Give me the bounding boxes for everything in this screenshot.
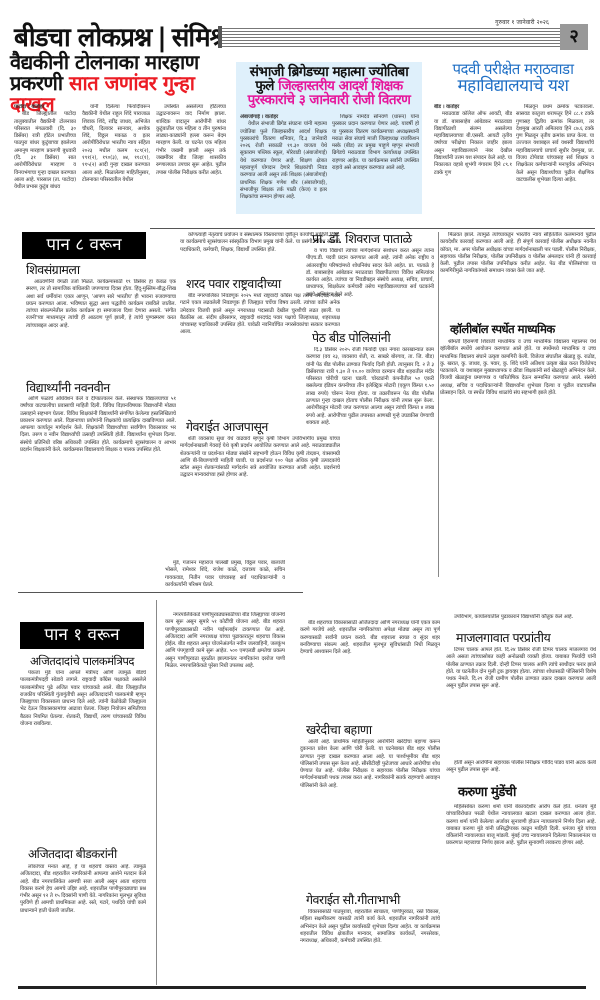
article-text: येथील संभाजी ब्रिगेड संघटना यांनी महात्म… [240, 121, 327, 201]
headline-line: पुरस्कारांचे ३ जानेवारी रोजी वितरण [236, 93, 422, 107]
article-text: श्रीमती हिरामणी शिवाजी माध्यमिक व उच्च म… [440, 339, 596, 397]
masthead-divider: | [157, 23, 166, 53]
page-bottom-rule [18, 986, 586, 989]
beedkarani-body: लोकांच्या मनात आहे, हे या शहराचे वास्तव … [20, 864, 146, 982]
article-text: मिळवून प्रथम क्रमांक पटकावला. सासवड कातु… [516, 104, 594, 184]
patale-headline: प्रा. डॉ. शिवराज पाताळे [312, 232, 412, 245]
article-text: विकासासाठी पाठपुरावा, शहरातील स्वच्छता, … [300, 909, 440, 945]
article-text: टिप्पर चालक आपले होते. दि.२४ डिसेंबर रोज… [446, 647, 596, 691]
page-number: २ [560, 24, 588, 50]
page8-continued-banner: पान ८ वरून [22, 232, 146, 259]
article-text: यांनी दिलेल्या फिर्यादीवरून वैद्यकीनी ये… [82, 104, 150, 184]
shivsangram-headline: शिवसंग्रामला [26, 263, 80, 276]
decorative-rules [218, 26, 588, 48]
kharedi-headline: खरेदीचा बहाणा [306, 723, 372, 736]
patale-body: व पाच विद्यार्थी त्यांच्या मार्गदर्शनात … [306, 248, 434, 328]
toll-body-col1: पाटोदा । वार्ताहर बीड जिल्ह्यातील पाटोदा… [14, 104, 76, 200]
sambhaji-article-box: संभाजी ब्रिगेडच्या महात्मा ज्योतिबा फुले… [236, 62, 422, 214]
karuna-intro: होती असून आरोपींना सहाय्यक पोलीस निरीक्ष… [446, 760, 596, 780]
karuna-headline: करुणा मुंडेंची [458, 786, 516, 800]
divider [150, 228, 595, 229]
palakmantri-body: पंकजा मुंडे यांना आपले मंत्रीपद आणि त्या… [20, 670, 146, 844]
headline-line: वैद्यकीनी टोलनाका मारहाण [10, 52, 235, 73]
article-text: मिळवत झाले. त्यामुळे त्यांच्याकडून भारती… [440, 232, 596, 276]
mid-top-continued: मुंडे, गजानन महाराज पालखी प्रमुख, विठ्ठल… [165, 560, 285, 604]
article-text: व पाच विद्यार्थी त्यांच्या मार्गदर्शनात … [306, 248, 434, 299]
article-text: नगरपालिकेकडे पाणीपुरवठ्यासाठीच्या बीड जि… [165, 612, 285, 670]
article-text: पंकजा मुंडे यांना आपले मंत्रीपद आणि त्या… [20, 670, 146, 728]
kharedi-body: आली आहे. प्राथमिक माहितीनुसार आरोपींनी ख… [300, 739, 440, 887]
students-headline: विद्यार्थ्यांनी नवनवीन [26, 381, 110, 394]
article-text: लोकांच्या मनात आहे, हे या शहराचे वास्तव … [20, 864, 146, 915]
toll-body-col3: उपस्थित असलेल्या हॉटेलच्या उद्घाटनावरून … [156, 104, 226, 200]
sambhaji-headline: संभाजी ब्रिगेडच्या महात्मा ज्योतिबा फुले… [236, 62, 422, 108]
masthead-rule-block: गुरुवार १ जानेवारी २०२६ २ [218, 22, 588, 50]
banner-label: पान १ वरून [44, 625, 119, 645]
article-text: बीड जिल्ह्यातील पाटोदा तालुक्यातील वैद्य… [14, 111, 76, 191]
article-text: मराठवाडा कॉलेज ऑफ आयटी, बीड या डॉ. बाबास… [434, 111, 512, 177]
peth-beed-continued: मिळवत झाले. त्यामुळे त्यांच्याकडून भारती… [440, 232, 596, 320]
beedkarani-headline: अजितदादा बीडकरांनी [28, 848, 117, 861]
degree-body-col1: बीड । वार्ताहर मराठवाडा कॉलेज ऑफ आयटी, ब… [434, 104, 512, 222]
majalgaon-headline: माजलगावात परप्रांतीय [456, 631, 550, 644]
palakmantri-headline: अजितदादांचे पालकमंत्रिपद [30, 655, 134, 667]
degree-headline: पदवी परीक्षेत मराठवाडा महाविद्यालयाचे यश [430, 62, 596, 96]
peth-beed-headline: पेठ बीड पोलिसांनी [312, 331, 390, 344]
gitabhabhi-body: विकासासाठी पाठपुरावा, शहरातील स्वच्छता, … [300, 909, 440, 983]
article-text: आली आहे. प्राथमिक माहितीनुसार आरोपींनी ख… [300, 739, 440, 790]
article-text: मुंडे, गजानन महाराज पालखी प्रमुख, विठ्ठल… [165, 560, 285, 589]
article-text: होती असून आरोपींना सहाय्यक पोलीस निरीक्ष… [446, 760, 596, 775]
volleyball-body: श्रीमती हिरामणी शिवाजी माध्यमिक व उच्च म… [440, 339, 596, 575]
majalgaon-intro: उपविभाग, कार्यालयातील पुढाकाराने विद्यार… [446, 614, 596, 628]
peth-beed-body: दि.३ डिसेंबर २०२५ रोजी फिर्यादी एका नंगा… [306, 347, 434, 617]
page1-continued-banner: पान १ वरून [20, 622, 144, 649]
article-text: आठवणींनी वेगळी उर्जा मिळते. कार्यक्रमासा… [26, 279, 176, 330]
column-rule [156, 600, 157, 985]
article-text: उपविभाग, कार्यालयातील पुढाकाराने विद्यार… [446, 614, 596, 621]
article-text: बीड शहराच्या विकासासाठी अजितदादा आणि नगर… [300, 620, 440, 656]
students-body: आणि फळाचे अधिवेशन केले व दीपप्रज्वलन केल… [20, 396, 176, 586]
headline-line: महाविद्यालयाचे यश [430, 78, 596, 96]
toll-body-col2: यांनी दिलेल्या फिर्यादीवरून वैद्यकीनी ये… [82, 104, 150, 200]
issue-date: गुरुवार १ जानेवारी २०२६ [492, 18, 552, 26]
volleyball-headline: व्हॉलीबॉल स्पर्धेत माध्यमिक [450, 323, 555, 335]
article-text: दि.३ डिसेंबर २०२५ रोजी फिर्यादी एका नंगा… [306, 347, 434, 427]
kharedi-intro: बीड शहराच्या विकासासाठी अजितदादा आणि नगर… [300, 620, 440, 720]
shivsangram-body: आठवणींनी वेगळी उर्जा मिळते. कार्यक्रमासा… [26, 279, 176, 347]
sambhaji-body-col1: अंबाजोगाई । वार्ताहर येथील संभाजी ब्रिगे… [240, 114, 327, 210]
degree-body-col2: मिळवून प्रथम क्रमांक पटकावला. सासवड कातु… [516, 104, 594, 222]
gevrai-today-headline: गेवराईत आजपासून [186, 420, 268, 433]
karuna-body: महिलेसोबत करुणा शर्मा यांनी बेकायदेशीर आ… [446, 804, 596, 982]
mid-continued-body: नगरपालिकेकडे पाणीपुरवठ्यासाठीच्या बीड जि… [165, 612, 285, 982]
sambhaji-body-col2: शिक्षक नामदेव सोनवणे (धारूर) यांना पुरस्… [332, 114, 419, 210]
article-text: शिक्षक नामदेव सोनवणे (धारूर) यांना पुरस्… [332, 114, 419, 172]
article-text: महिलेसोबत करुणा शर्मा यांनी बेकायदेशीर आ… [446, 804, 596, 848]
newspaper-title: बीडचा लोकप्रश्न [14, 23, 151, 53]
banner-label: पान ८ वरून [46, 235, 121, 255]
article-text: आणि फळाचे अधिवेशन केले व दीपप्रज्वलन केल… [20, 396, 176, 454]
masthead: बीडचा लोकप्रश्न|संमिश्र [14, 18, 227, 54]
article-text: उपस्थित असलेल्या हॉटेलच्या उद्घाटनावरून … [156, 104, 226, 177]
gitabhabhi-headline: गेवराईत सौ.गीताभाभी [306, 893, 400, 906]
sharad-headline: शरद पवार राष्ट्रवादीच्या [186, 277, 281, 290]
column-rule [438, 232, 439, 577]
